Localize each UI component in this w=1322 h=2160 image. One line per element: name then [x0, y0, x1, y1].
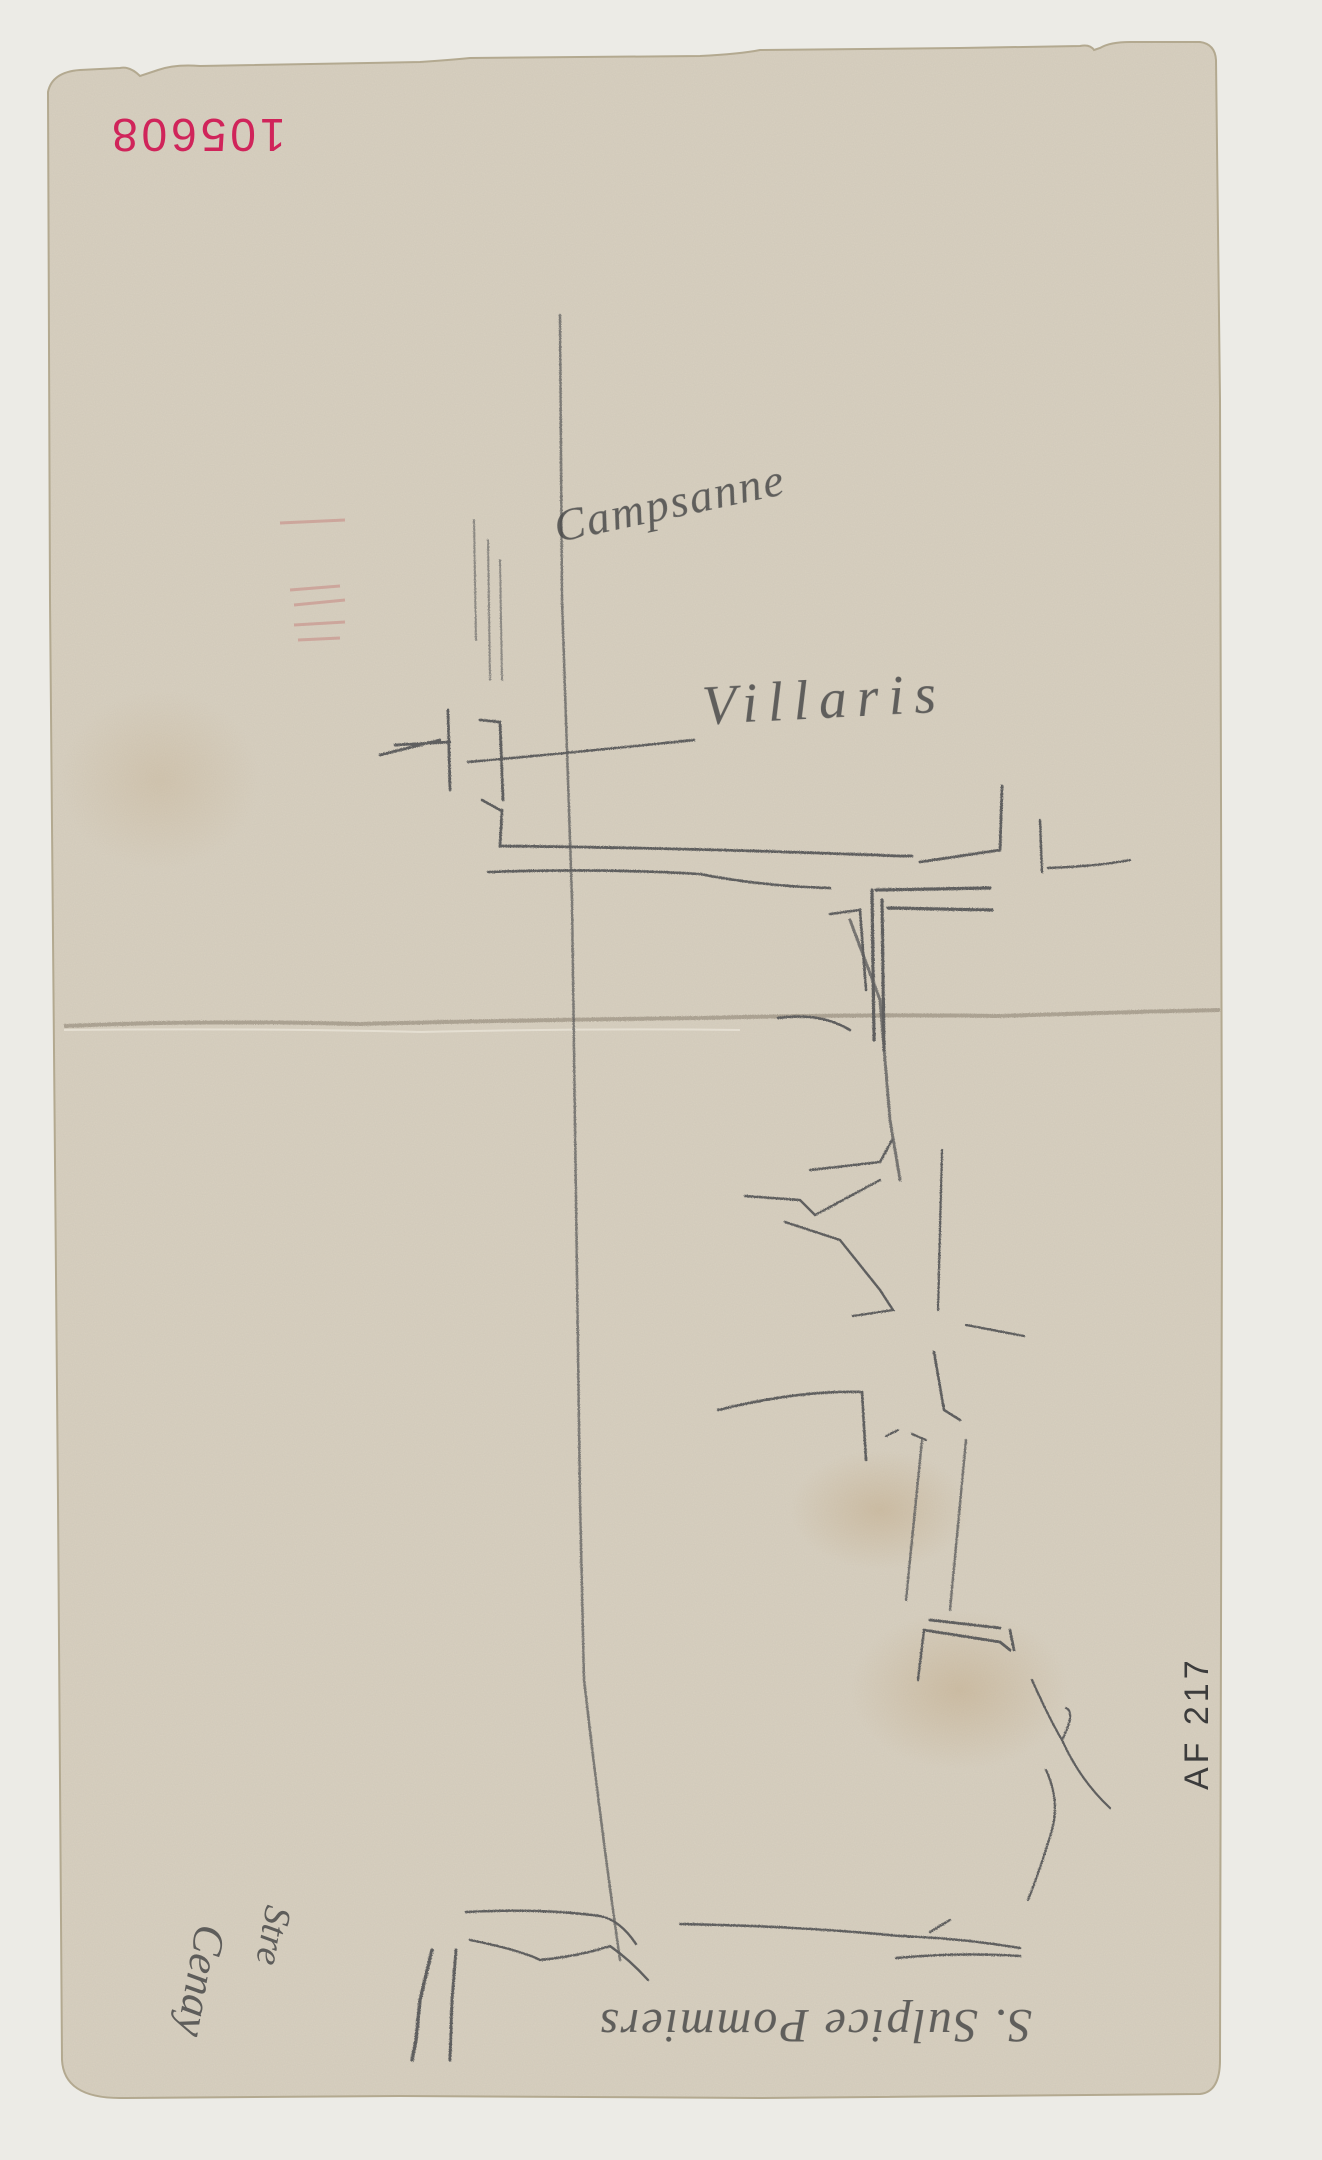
place-name-bottom: S. Sulpice Pommiers: [598, 1998, 1032, 2053]
place-name-villaris: Villaris: [700, 662, 947, 739]
sketch-map-canvas: [0, 0, 1322, 2160]
catalog-number: AF 217: [1178, 1656, 1217, 1790]
paper-stain: [790, 1450, 970, 1570]
paper-card: 105608 Campsanne Villaris S. Sulpice Pom…: [0, 0, 1322, 2160]
accession-number: 105608: [108, 108, 286, 162]
